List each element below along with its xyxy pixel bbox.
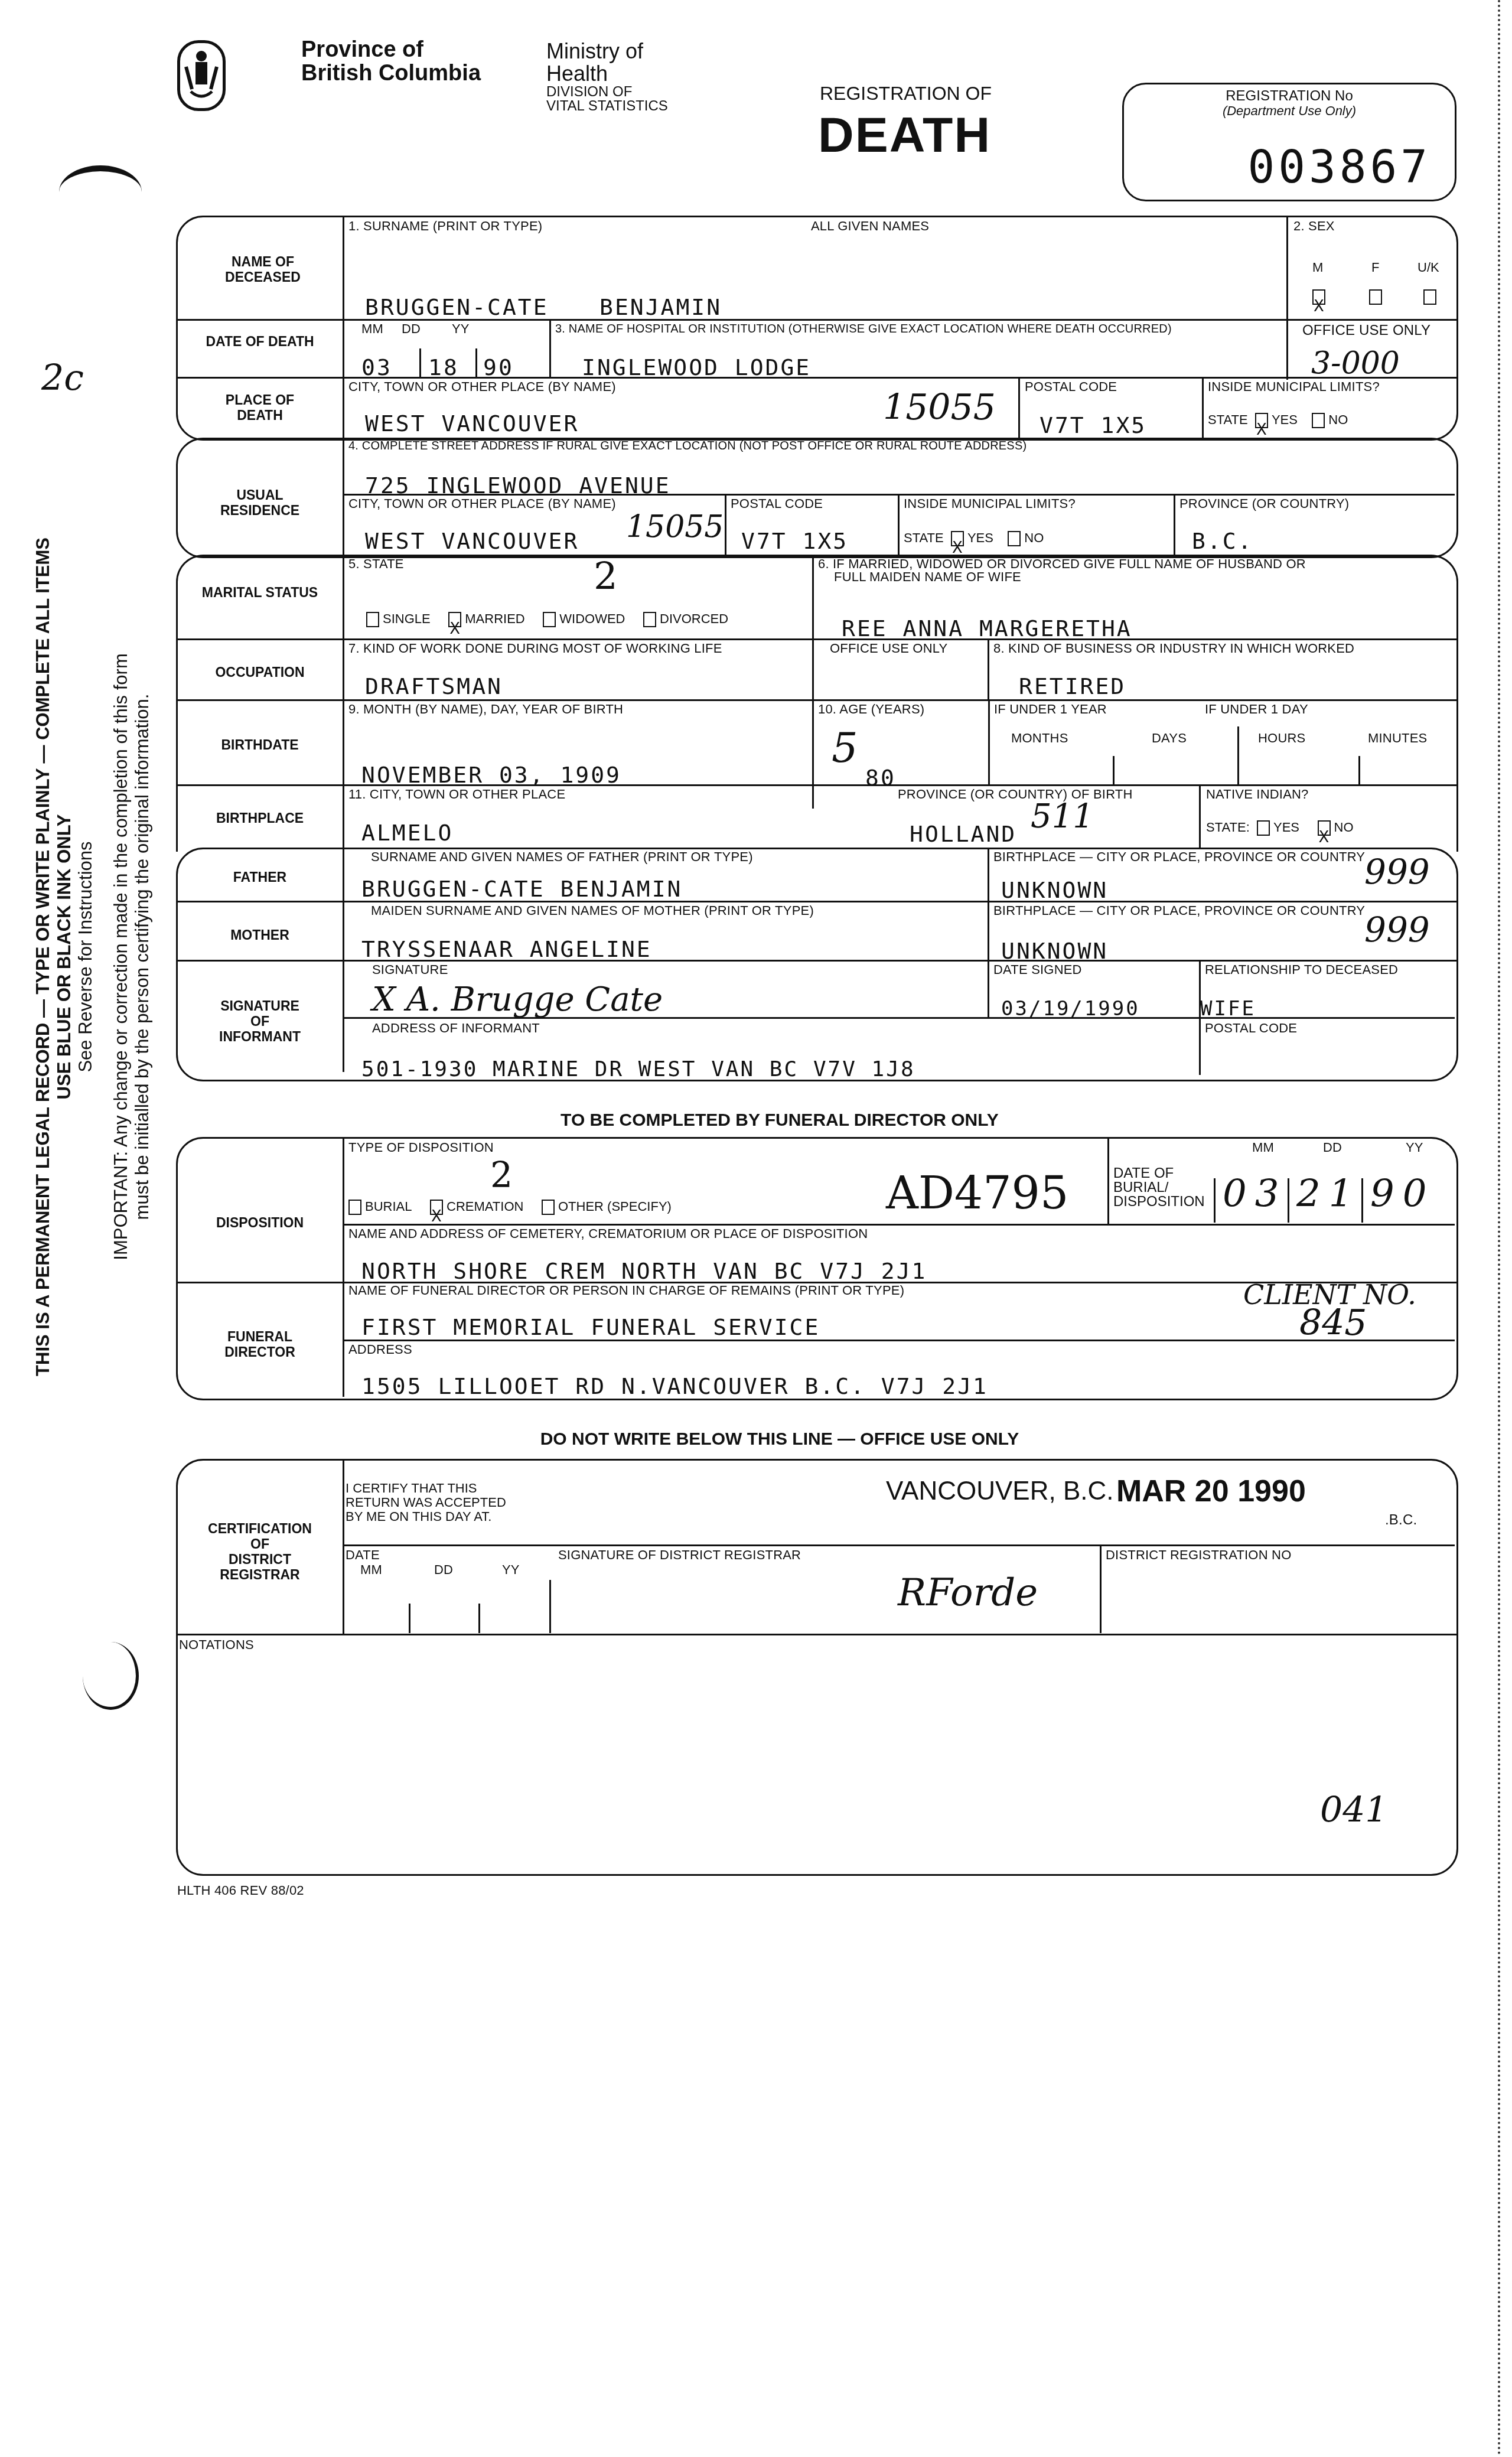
occupation-work-field[interactable]: DRAFTSMAN (365, 673, 503, 699)
sex-checkbox-m[interactable] (1312, 289, 1329, 305)
birthplace-province-code: 511 (1031, 797, 1094, 836)
funeral-director-name-field[interactable]: FIRST MEMORIAL FUNERAL SERVICE (361, 1314, 820, 1340)
section-label-disposition: DISPOSITION (201, 1215, 319, 1230)
birthplace-city-field[interactable]: ALMELO (361, 820, 453, 846)
residence-municipal-yes-checkbox[interactable] (951, 531, 964, 546)
native-yes-checkbox[interactable] (1257, 820, 1270, 836)
notations-value: 041 (1320, 1790, 1388, 1831)
age-field[interactable]: 80 (865, 765, 896, 791)
marital-code: 2 (594, 555, 618, 599)
marital-divorced-checkbox[interactable] (643, 612, 656, 627)
residence-city-code: 15055 (626, 509, 724, 545)
section-label-marital: MARITAL STATUS (201, 585, 319, 600)
margin-line-2: USE BLUE OR BLACK INK ONLY (54, 496, 75, 1417)
native-no-checkbox[interactable] (1318, 820, 1331, 836)
section-label-birthplace: BIRTHPLACE (201, 810, 319, 826)
disposition-date-label: DATE OF BURIAL/ DISPOSITION (1113, 1166, 1205, 1209)
father-name-field[interactable]: BRUGGEN-CATE BENJAMIN (361, 876, 682, 902)
section-label-funeral-director: FUNERAL DIRECTOR (201, 1329, 319, 1360)
section-label-place-of-death: PLACE OF DEATH (201, 392, 319, 423)
disposition-options: BURIAL CREMATION OTHER (SPECIFY) (348, 1199, 672, 1215)
mother-birthplace-code: 999 (1364, 910, 1430, 950)
margin-arc-mark-lower (83, 1642, 139, 1710)
sex-checkbox-uk[interactable] (1423, 289, 1440, 305)
marital-single-checkbox[interactable] (366, 612, 379, 627)
office-use-code: 3-000 (1311, 346, 1400, 381)
mother-name-field[interactable]: TRYSSENAAR ANGELINE (361, 936, 652, 962)
father-birthplace-field[interactable]: UNKNOWN (1001, 877, 1108, 903)
birthplace-province-field[interactable]: HOLLAND (910, 821, 1016, 847)
residence-city-field[interactable]: WEST VANCOUVER (365, 528, 579, 554)
father-birthplace-code: 999 (1364, 852, 1430, 892)
residence-municipal-options: STATE YES NO (904, 530, 1044, 546)
death-city-field[interactable]: WEST VANCOUVER (365, 410, 579, 436)
native-indian-options: STATE: YES NO (1206, 820, 1354, 836)
scan-edge-strip (1498, 0, 1503, 2457)
section-label-father: FATHER (201, 869, 319, 885)
death-municipal-yes-checkbox[interactable] (1255, 413, 1268, 428)
section-label-certification: CERTIFICATION OF DISTRICT REGISTRAR (189, 1521, 331, 1582)
death-postal-field[interactable]: V7T 1X5 (1039, 412, 1146, 438)
section-label-occupation: OCCUPATION (201, 664, 319, 680)
disposition-burial-checkbox[interactable] (348, 1200, 361, 1215)
office-use-heading: DO NOT WRITE BELOW THIS LINE — OFFICE US… (0, 1429, 1512, 1449)
marital-options: SINGLE MARRIED WIDOWED DIVORCED (366, 611, 728, 627)
margin-legal-notice: THIS IS A PERMANENT LEGAL RECORD — TYPE … (32, 496, 153, 1417)
death-municipal-options: STATE YES NO (1208, 412, 1348, 428)
notations-label: NOTATIONS (179, 1637, 254, 1653)
form-title-large: DEATH (818, 106, 991, 164)
residence-postal-field[interactable]: V7T 1X5 (741, 528, 848, 554)
section-label-birthdate: BIRTHDATE (201, 737, 319, 752)
occupation-business-field[interactable]: RETIRED (1019, 673, 1126, 699)
bc-coat-of-arms-logo (177, 40, 226, 111)
sex-option-f[interactable]: F (1371, 260, 1379, 275)
section-label-informant: SIGNATURE OF INFORMANT (201, 998, 319, 1044)
registrar-signature: RForde (898, 1571, 1038, 1615)
spouse-name-field[interactable]: REE ANNA MARGERETHA (842, 615, 1132, 641)
age-code: 5 (832, 724, 858, 772)
death-city-code: 15055 (883, 387, 996, 428)
residence-municipal-no-checkbox[interactable] (1008, 531, 1021, 546)
margin-line-3: See Reverse for Instructions (75, 496, 96, 1417)
registration-number-box: REGISTRATION No (Department Use Only) 00… (1122, 83, 1456, 201)
disposition-place-field[interactable]: NORTH SHORE CREM NORTH VAN BC V7J 2J1 (361, 1258, 927, 1284)
form-title-small: REGISTRATION OF (820, 83, 992, 105)
acceptance-stamp-place: VANCOUVER, B.C. (886, 1477, 1113, 1506)
ministry-name: Ministry of Health DIVISION OF VITAL STA… (546, 40, 668, 113)
disposition-date-mm[interactable]: 03 (1223, 1172, 1287, 1216)
margin-arc-mark (59, 165, 142, 219)
disposition-code: 2 (490, 1155, 513, 1196)
informant-signature: X A. Brugge Cate (372, 980, 663, 1019)
margin-handwritten-note: 2c (41, 357, 84, 399)
given-names-field[interactable]: BENJAMIN (599, 294, 722, 320)
margin-line-4: IMPORTANT: Any change or correction made… (110, 496, 132, 1417)
form-id: HLTH 406 REV 88/02 (177, 1883, 304, 1898)
residence-province-field[interactable]: B.C. (1192, 528, 1253, 554)
sex-checkbox-f[interactable] (1369, 289, 1386, 305)
disposition-cremation-checkbox[interactable] (430, 1200, 443, 1215)
surname-field[interactable]: BRUGGEN-CATE (365, 294, 549, 320)
province-name: Province of British Columbia (301, 38, 481, 85)
funeral-director-address-field[interactable]: 1505 LILLOOET RD N.VANCOUVER B.C. V7J 2J… (361, 1373, 988, 1399)
certify-text: I CERTIFY THAT THIS RETURN WAS ACCEPTED … (346, 1481, 506, 1524)
acceptance-stamp-date: MAR 20 1990 (1116, 1474, 1306, 1509)
death-municipal-no-checkbox[interactable] (1312, 413, 1325, 428)
disposition-date-yy[interactable]: 90 (1370, 1172, 1435, 1216)
margin-line-1: THIS IS A PERMANENT LEGAL RECORD — TYPE … (32, 496, 54, 1417)
section-label-date-of-death: DATE OF DEATH (201, 334, 319, 349)
registration-number-value: 003867 (1247, 141, 1431, 193)
section-label-mother: MOTHER (201, 927, 319, 943)
crest-icon (180, 43, 223, 108)
sex-option-uk[interactable]: U/K (1417, 260, 1439, 275)
funeral-heading: TO BE COMPLETED BY FUNERAL DIRECTOR ONLY (0, 1110, 1512, 1130)
marital-married-checkbox[interactable] (448, 612, 461, 627)
disposition-date-dd[interactable]: 21 (1296, 1172, 1361, 1216)
informant-address-field[interactable]: 501-1930 MARINE DR WEST VAN BC V7V 1J8 (361, 1057, 915, 1081)
disposition-permit-number: AD4795 (886, 1166, 1068, 1219)
client-number-value: 845 (1299, 1302, 1367, 1344)
margin-line-5: must be initialled by the person certify… (132, 496, 153, 1417)
disposition-other-checkbox[interactable] (542, 1200, 555, 1215)
section-label-name: NAME OF DECEASED (195, 254, 331, 285)
sex-option-m[interactable]: M (1312, 260, 1323, 275)
marital-widowed-checkbox[interactable] (543, 612, 556, 627)
section-label-residence: USUAL RESIDENCE (201, 487, 319, 518)
